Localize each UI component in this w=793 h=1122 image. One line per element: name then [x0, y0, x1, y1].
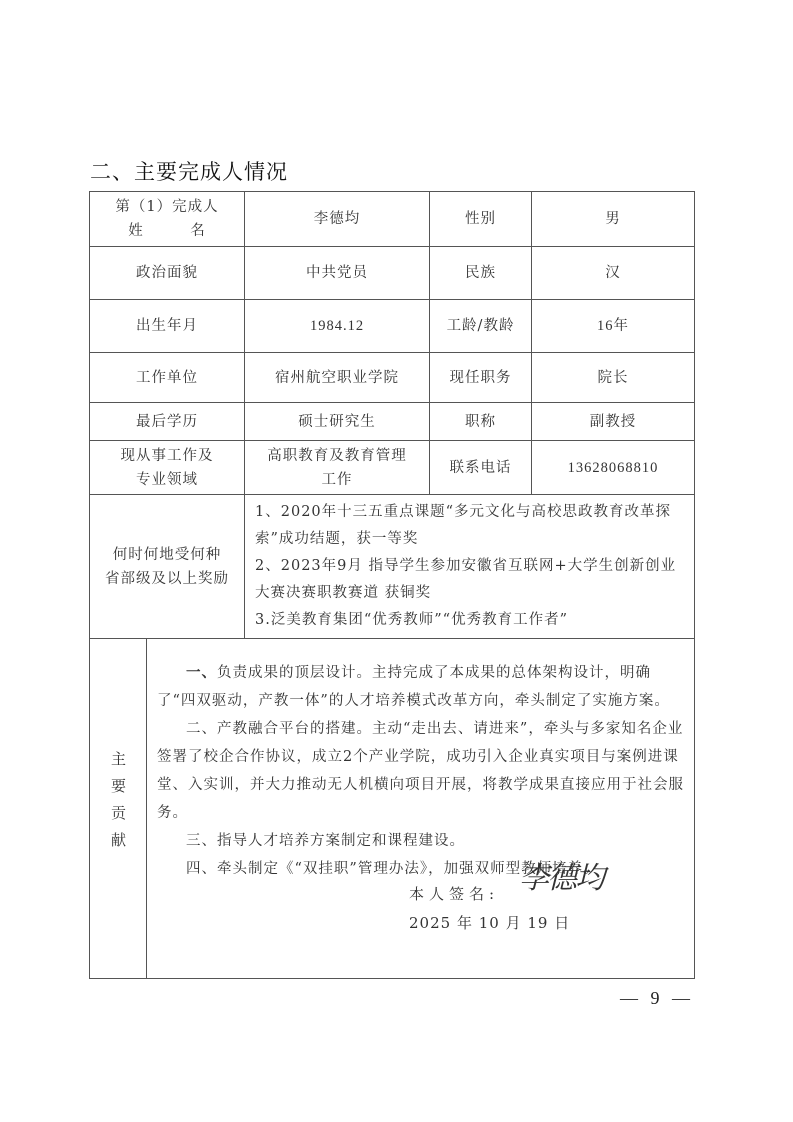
award-item: 3.泛美教育集团“优秀教师”“优秀教育工作者” [255, 607, 684, 634]
contribution-paragraph: 三、指导人才培养方案制定和课程建设。 [157, 827, 684, 855]
table-row: 何时何地受何种 省部级及以上奖励 1、2020年十三五重点课题“多元文化与高校思… [90, 495, 695, 639]
sign-date: 2025 年 10 月 19 日 [409, 911, 570, 935]
contributions-content: 一、负责成果的顶层设计。主持完成了本成果的总体架构设计，明确了“四双驱动，产教一… [147, 639, 695, 979]
position-value: 院长 [532, 353, 695, 403]
table-row: 最后学历 硕士研究生 职称 副教授 [90, 403, 695, 441]
field-value: 高职教育及教育管理 工作 [245, 441, 430, 495]
table-row: 第（1）完成人 姓 名 李德均 性别 男 [90, 192, 695, 247]
employer-label: 工作单位 [90, 353, 245, 403]
education-value: 硕士研究生 [245, 403, 430, 441]
contribution-paragraph: 四、牵头制定《“双挂职”管理办法》，加强双师型教师培养。 [157, 855, 684, 883]
phone-value: 13628068810 [532, 441, 695, 495]
table-row: 政治面貌 中共党员 民族 汉 [90, 247, 695, 300]
signature-label: 本人签名: [409, 882, 499, 906]
award-item: 2、2023年9月 指导学生参加安徽省互联网+大学生创新创业大赛决赛职教赛道 获… [255, 553, 684, 607]
name-label: 第（1）完成人 姓 名 [90, 192, 245, 247]
page-number: — 9 — [620, 988, 694, 1009]
political-status-value: 中共党员 [245, 247, 430, 300]
employer-value: 宿州航空职业学院 [245, 353, 430, 403]
gender-value: 男 [532, 192, 695, 247]
birth-date-label: 出生年月 [90, 300, 245, 353]
phone-label: 联系电话 [430, 441, 532, 495]
title-label: 职称 [430, 403, 532, 441]
table-row: 主要贡献 一、负责成果的顶层设计。主持完成了本成果的总体架构设计，明确了“四双驱… [90, 639, 695, 979]
award-item: 1、2020年十三五重点课题“多元文化与高校思政教育改革探索”成功结题，获一等奖 [255, 499, 684, 553]
section-title: 二、主要完成人情况 [90, 156, 288, 186]
handwritten-signature: 李德均 [519, 867, 603, 891]
awards-list: 1、2020年十三五重点课题“多元文化与高校思政教育改革探索”成功结题，获一等奖… [245, 495, 695, 639]
name-value: 李德均 [245, 192, 430, 247]
ethnicity-label: 民族 [430, 247, 532, 300]
work-years-value: 16年 [532, 300, 695, 353]
table-row: 现从事工作及 专业领域 高职教育及教育管理 工作 联系电话 1362806881… [90, 441, 695, 495]
education-label: 最后学历 [90, 403, 245, 441]
birth-date-value: 1984.12 [245, 300, 430, 353]
political-status-label: 政治面貌 [90, 247, 245, 300]
contribution-paragraph: 一、负责成果的顶层设计。主持完成了本成果的总体架构设计，明确了“四双驱动，产教一… [157, 659, 684, 715]
table-row: 出生年月 1984.12 工龄/教龄 16年 [90, 300, 695, 353]
table-row: 工作单位 宿州航空职业学院 现任职务 院长 [90, 353, 695, 403]
work-years-label: 工龄/教龄 [430, 300, 532, 353]
field-label: 现从事工作及 专业领域 [90, 441, 245, 495]
contributions-label: 主要贡献 [90, 639, 147, 979]
contribution-paragraph: 二、产教融合平台的搭建。主动“走出去、请进来”，牵头与多家知名企业签署了校企合作… [157, 715, 684, 827]
awards-label: 何时何地受何种 省部级及以上奖励 [90, 495, 245, 639]
ethnicity-value: 汉 [532, 247, 695, 300]
gender-label: 性别 [430, 192, 532, 247]
main-contributor-table: 第（1）完成人 姓 名 李德均 性别 男 政治面貌 中共党员 民族 汉 出生年月… [89, 191, 695, 979]
title-value: 副教授 [532, 403, 695, 441]
position-label: 现任职务 [430, 353, 532, 403]
